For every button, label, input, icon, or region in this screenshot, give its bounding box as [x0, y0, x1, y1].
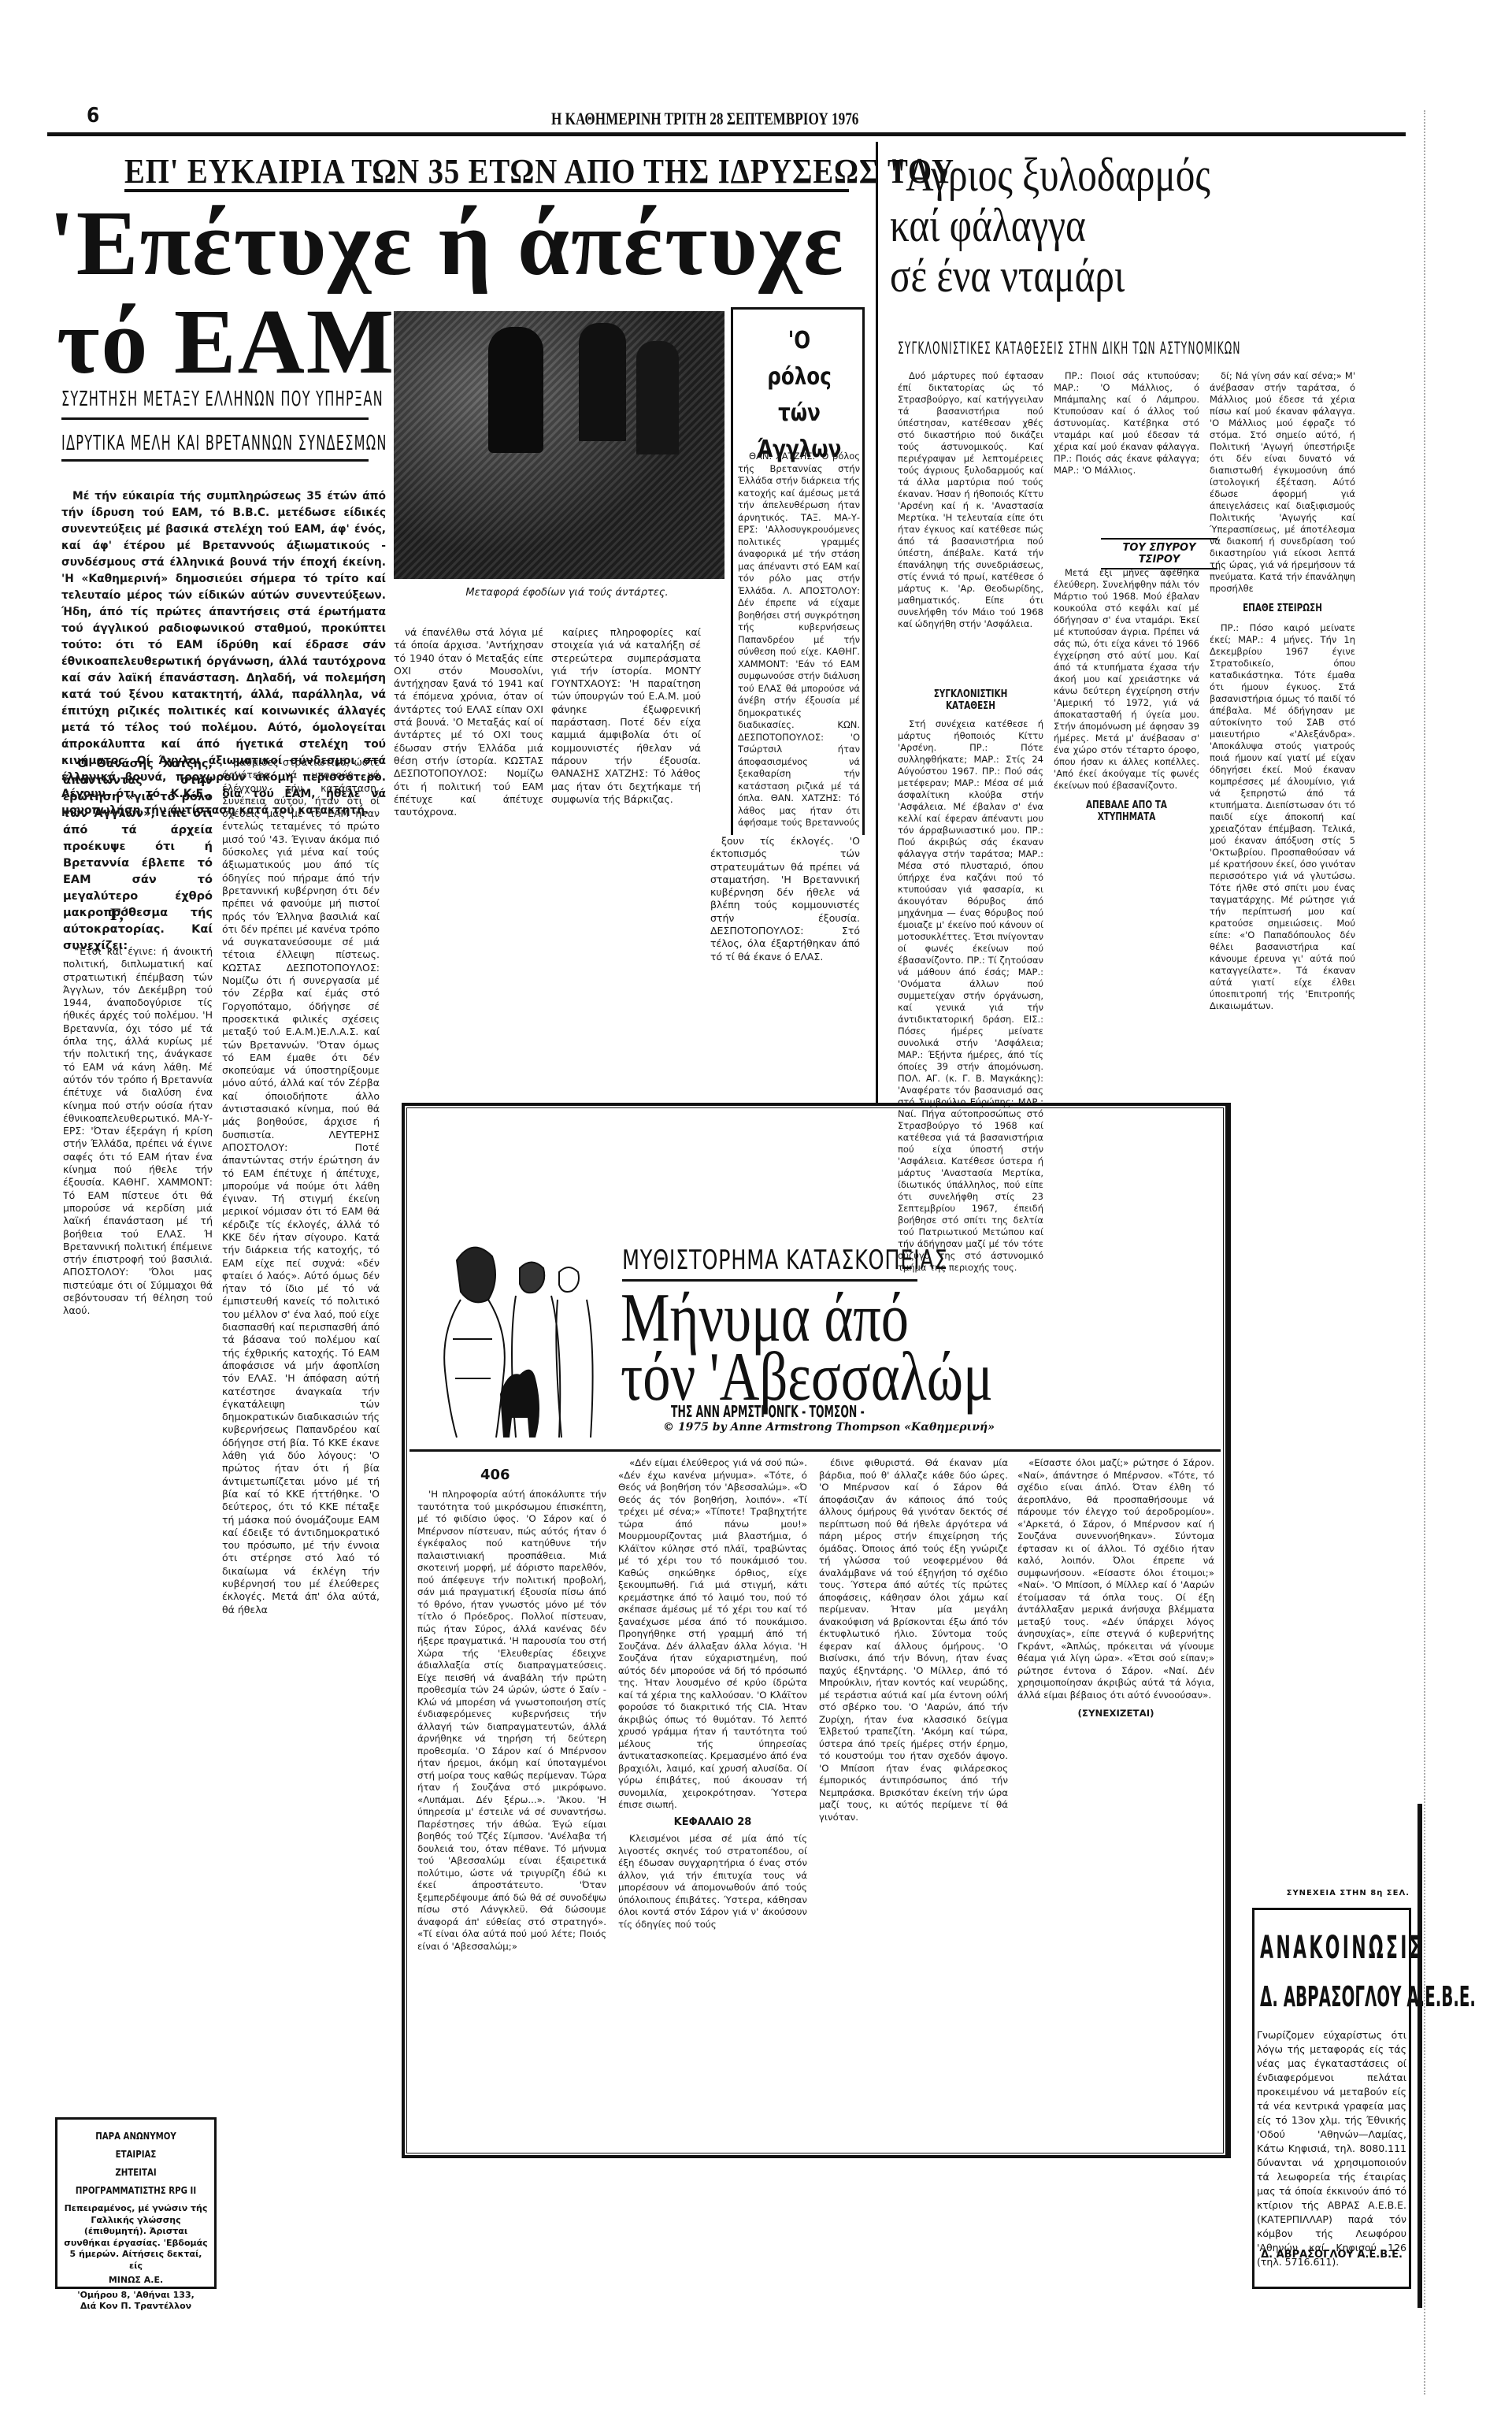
eam-column-a: "Έτσι καί έγινε: ή άνοικτή πολιτική, διπ… — [63, 945, 213, 2048]
eam-column-e: ξουν τίς έκλογές. 'Ο έκτοπισμός τών στρα… — [710, 835, 860, 1079]
eam-subhead-line1: ΣΥΖΗΤΗΣΗ ΜΕΤΑΞΥ ΕΛΛΗΝΩΝ ΠΟΥ ΥΠΗΡΞΑΝ — [61, 388, 384, 411]
eam-quote-intro: 'Ο Θανάσης Χατζής, άπαντώντας στήν έρώτη… — [63, 756, 213, 955]
eam-kicker: ΕΠ' ΕΥΚΑΙΡΙΑ ΤΩΝ 35 ΕΤΩΝ ΑΠΟ ΤΗΣ ΙΔΡΥΣΕΩ… — [124, 151, 748, 191]
guerrilla-supplies-photo — [394, 311, 724, 579]
job-ad-company: ΜΙΝΩΣ Α.Ε. — [64, 2275, 208, 2287]
role-of-english-title: 'Ο ρόλος τών Άγγλων — [754, 323, 845, 468]
title-line: τών — [754, 395, 845, 432]
novel-header-rule — [409, 1449, 1221, 1452]
continued-on-page: ΣΥΝΕΧΕΙΑ ΣΤΗΝ 8η ΣΕΛ. — [1252, 1889, 1410, 1897]
eam-column-c: νά έπανέλθω στά λόγια μέ τά όποία άρχισα… — [394, 626, 543, 1075]
trial-byline: ΤΟΥ ΣΠΥΡΟΥ ΤΣΙΡΟΥ — [1101, 538, 1217, 569]
installment-number: 406 — [480, 1467, 510, 1483]
column-paragraph: ξουν τίς έκλογές. 'Ο έκτοπισμός τών στρα… — [710, 835, 860, 963]
announcement-title: ΑΝΑΚΟΙΝΩΣΙΣ — [1260, 1930, 1424, 1966]
page-edge-bar — [1417, 1804, 1422, 2308]
section-heading: ΕΠΑΘΕ ΣΤΕΙΡΩΣΗ — [1225, 603, 1341, 614]
job-ad-line1: ΠΑΡΑ ΑΝΩΝΥΜΟΥ ΕΤΑΙΡΙΑΣ — [75, 2127, 198, 2164]
column-paragraph: ΠΡ.: Ποιοί σάς κτυπούσαν; ΜΑΡ.: 'Ο Μάλλι… — [1054, 370, 1199, 477]
eam-headline-line2: τό ΕΑΜ; — [57, 295, 428, 388]
column-paragraph: «Είσαστε όλοι μαζί;» ρώτησε ό Σάρον. «Να… — [1017, 1457, 1214, 1701]
column-paragraph: Μετά έξι μήνες άφέθηκα έλεύθερη. Συνελήφ… — [1054, 567, 1199, 792]
column-paragraph: δί; Νά γίνη σάν καί σένα;» Μ' άνέβασαν σ… — [1210, 370, 1355, 595]
announcement-company: Δ. ΑΒΡΑΣΟΓΛΟΥ Α.Ε.Β.Ε. — [1260, 1981, 1476, 2013]
column-divider — [876, 142, 878, 1103]
novel-illustration-icon — [425, 1237, 606, 1441]
column-paragraph: "Έτσι καί έγινε: ή άνοικτή πολιτική, διπ… — [63, 945, 213, 1318]
novel-kicker: ΜΥΘΙΣΤΟΡΗΜΑ ΚΑΤΑΣΚΟΠΕΙΑΣ — [622, 1245, 947, 1276]
job-ad-body: Πεπειραμένος, μέ γνώσιν τής Γαλλικής γλώ… — [64, 2203, 208, 2272]
headline-line: καί φάλαγγα — [890, 200, 1210, 250]
column-paragraph: έδινε φιθυριστά. Θά έκαναν μία βάρδια, π… — [819, 1457, 1008, 1823]
column-paragraph: 'Η πληροφορία αύτή άποκάλυπτε τήν ταυτότ… — [417, 1489, 606, 1953]
job-ad-address2: Διά Κον Π. Τραντέλλον — [64, 2301, 208, 2313]
subhead-rule — [61, 459, 369, 462]
role-of-english-text: ΘΑΝ. ΧΑΤΖΗΣ: 'Ο ρόλος τής Βρεταννίας στή… — [738, 451, 860, 829]
job-advertisement: ΠΑΡΑ ΑΝΩΝΥΜΟΥ ΕΤΑΙΡΙΑΣ ΖΗΤΕΙΤΑΙ ΠΡΟΓΡΑΜΜ… — [55, 2117, 217, 2289]
headline-line: σέ ένα νταμάρι — [890, 250, 1210, 301]
quote-intro-paragraph: 'Ο Θανάσης Χατζής, άπαντώντας στήν έρώτη… — [63, 756, 213, 955]
job-ad-address1: 'Ομήρου 8, 'Αθήναι 133, — [64, 2290, 208, 2302]
section-heading: ΣΥΓΚΛΟΝΙΣΤΙΚΗ ΚΑΤΑΘΕΣΗ — [913, 688, 1029, 712]
title-line: 'Ο ρόλος — [754, 323, 845, 395]
novel-column-1: 'Η πληροφορία αύτή άποκάλυπτε τήν ταυτότ… — [417, 1489, 606, 2142]
column-paragraph: ΠΡ.: Πόσο καιρό μείνατε έκεί; ΜΑΡ.: 4 μή… — [1210, 622, 1355, 1012]
novel-author: ΤΗΣ ΑΝΝ ΑΡΜΣΤΡΟΝΓΚ - ΤΟΜΣΟΝ - — [671, 1402, 865, 1421]
trial-column-3: δί; Νά γίνη σάν καί σένα;» Μ' άνέβασαν σ… — [1210, 370, 1355, 1875]
novel-column-4: «Είσαστε όλοι μαζί;» ρώτησε ό Σάρον. «Να… — [1017, 1457, 1214, 2150]
eam-subhead-line2: ΙΔΡΥΤΙΚΑ ΜΕΛΗ ΚΑΙ ΒΡΕΤΑΝΝΩΝ ΣΥΝΔΕΣΜΩΝ — [61, 432, 387, 455]
section-marker: Γ," — [110, 904, 133, 925]
column-paragraph: «Δέν είμαι έλεύθερος γιά νά σού πώ». «Δέ… — [618, 1457, 807, 1812]
page-number: 6 — [87, 104, 99, 128]
masthead-title: Η ΚΑΘΗΜΕΡΙΝΗ ΤΡΙΤΗ 28 ΣΕΠΤΕΜΒΡΙΟΥ 1976 — [551, 109, 858, 129]
column-paragraph: νά έπανέλθω στά λόγια μέ τά όποία άρχισα… — [394, 626, 543, 818]
section-heading: ΑΠΕΒΑΛΕ ΑΠΟ ΤΑ ΧΤΥΠΗΜΑΤΑ — [1069, 799, 1185, 823]
trial-column-2: ΠΡ.: Ποιοί σάς κτυπούσαν; ΜΑΡ.: 'Ο Μάλλι… — [1054, 370, 1199, 532]
page-edge-dotted-line — [1424, 110, 1425, 2395]
job-ad-line2: ΖΗΤΕΙΤΑΙ — [75, 2164, 198, 2182]
novel-column-2: «Δέν είμαι έλεύθερος γιά νά σού πώ». «Δέ… — [618, 1457, 807, 2150]
headline-line: "Αγριος ξυλοδαρμός — [890, 150, 1210, 200]
eam-column-d: καίριες πληροφορίες καί στοιχεία γιά νά … — [551, 626, 701, 1075]
trial-subhead: ΣΥΓΚΛΟΝΙΣΤΙΚΕΣ ΚΑΤΑΘΕΣΕΙΣ ΣΤΗΝ ΔΙΚΗ ΤΩΝ … — [898, 339, 1241, 358]
subhead-rule — [61, 417, 369, 420]
novel-column-3: έδινε φιθυριστά. Θά έκαναν μία βάρδια, π… — [819, 1457, 1008, 2150]
chapter-heading: ΚΕΦΑΛΑΙΟ 28 — [618, 1816, 807, 1829]
announcement-body: Γνωρίζομεν εύχαρίστως ότι λόγω τής μεταφ… — [1257, 2028, 1406, 2269]
eam-headline-line1: 'Επέτυχε ή άπέτυχε — [49, 197, 845, 290]
trial-column-1: Δυό μάρτυρες πού έφτασαν έπί δικτατορίας… — [898, 370, 1043, 677]
column-paragraph: βαθμίδες στρατιωτικά, ώστε άργότερα νά μ… — [222, 756, 380, 1616]
box-paragraph: ΘΑΝ. ΧΑΤΖΗΣ: 'Ο ρόλος τής Βρεταννίας στή… — [738, 451, 860, 829]
job-ad-line3: ΠΡΟΓΡΑΜΜΑΤΙΣΤΗΣ RPG II — [75, 2182, 198, 2200]
column-paragraph: καίριες πληροφορίες καί στοιχεία γιά νά … — [551, 626, 701, 806]
column-paragraph: Κλεισμένοι μέσα σέ μία άπό τίς λιγοστές … — [618, 1833, 807, 1931]
trial-headline: "Αγριος ξυλοδαρμός καί φάλαγγα σέ ένα ντ… — [890, 150, 1210, 301]
to-be-continued: (ΣΥΝΕΧΙΖΕΤΑΙ) — [1017, 1708, 1214, 1720]
photo-caption: Μεταφορά έφοδίων γιά τούς άντάρτες. — [441, 587, 693, 599]
column-paragraph: Δυό μάρτυρες πού έφτασαν έπί δικτατορίας… — [898, 370, 1043, 630]
eam-column-b: βαθμίδες στρατιωτικά, ώστε άργότερα νά μ… — [222, 756, 380, 2324]
masthead-rule — [47, 132, 1406, 136]
announcement-signature: Δ. ΑΒΡΑΣΟΓΛΟΥ Α.Ε.Β.Ε. — [1257, 2249, 1406, 2261]
novel-copyright: © 1975 by Anne Armstrong Thompson «Καθημ… — [663, 1421, 995, 1434]
